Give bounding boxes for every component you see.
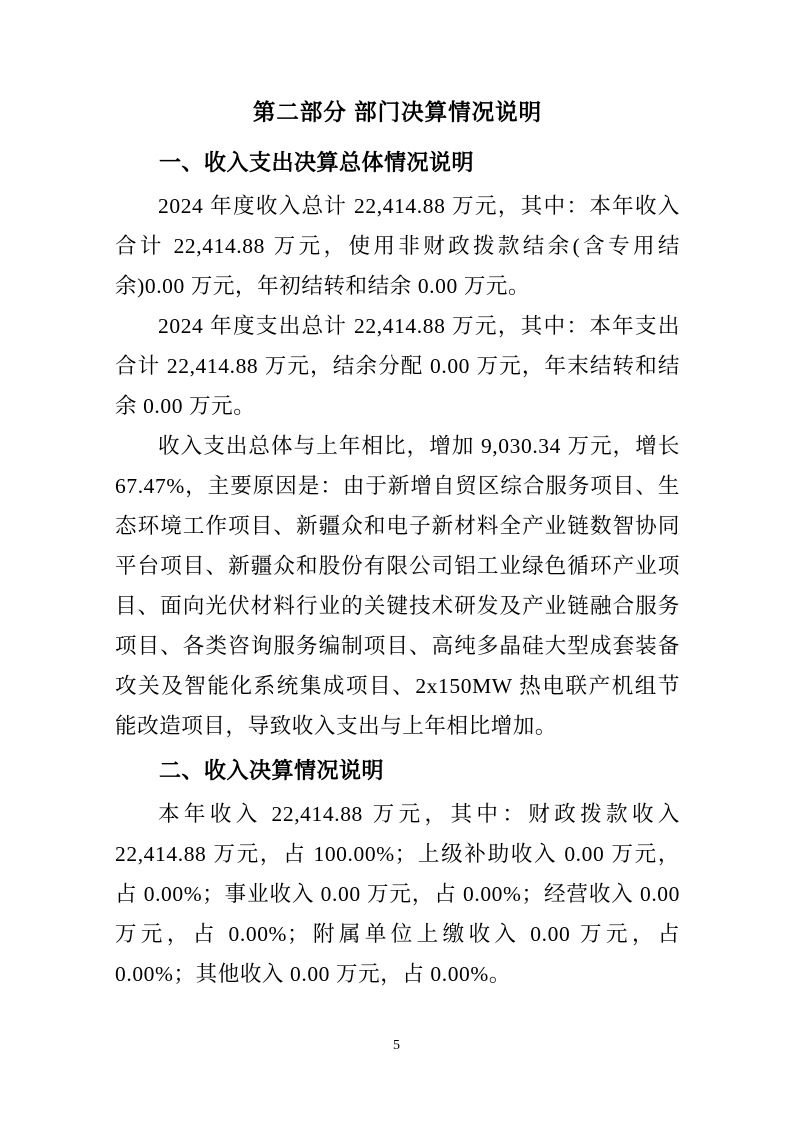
document-page: 第二部分 部门决算情况说明 一、收入支出决算总体情况说明 2024 年度收入总计…: [0, 0, 793, 1122]
section-heading-overall: 一、收入支出决算总体情况说明: [115, 140, 680, 186]
section-heading-revenue: 二、收入决算情况说明: [115, 748, 680, 794]
document-title: 第二部分 部门决算情况说明: [115, 94, 680, 132]
section-overall-revenue-expenditure: 一、收入支出决算总体情况说明 2024 年度收入总计 22,414.88 万元，…: [115, 140, 680, 746]
page-number: 5: [0, 1036, 793, 1056]
section-revenue-detail: 二、收入决算情况说明 本年收入 22,414.88 万元，其中：财政拨款收入 2…: [115, 748, 680, 994]
paragraph-yoy-change-reasons: 收入支出总体与上年相比，增加 9,030.34 万元，增长 67.47%，主要原…: [115, 426, 680, 746]
paragraph-total-expenditure: 2024 年度支出总计 22,414.88 万元，其中：本年支出合计 22,41…: [115, 306, 680, 426]
paragraph-total-revenue: 2024 年度收入总计 22,414.88 万元，其中：本年收入合计 22,41…: [115, 186, 680, 306]
paragraph-revenue-breakdown: 本年收入 22,414.88 万元，其中：财政拨款收入 22,414.88 万元…: [115, 794, 680, 994]
